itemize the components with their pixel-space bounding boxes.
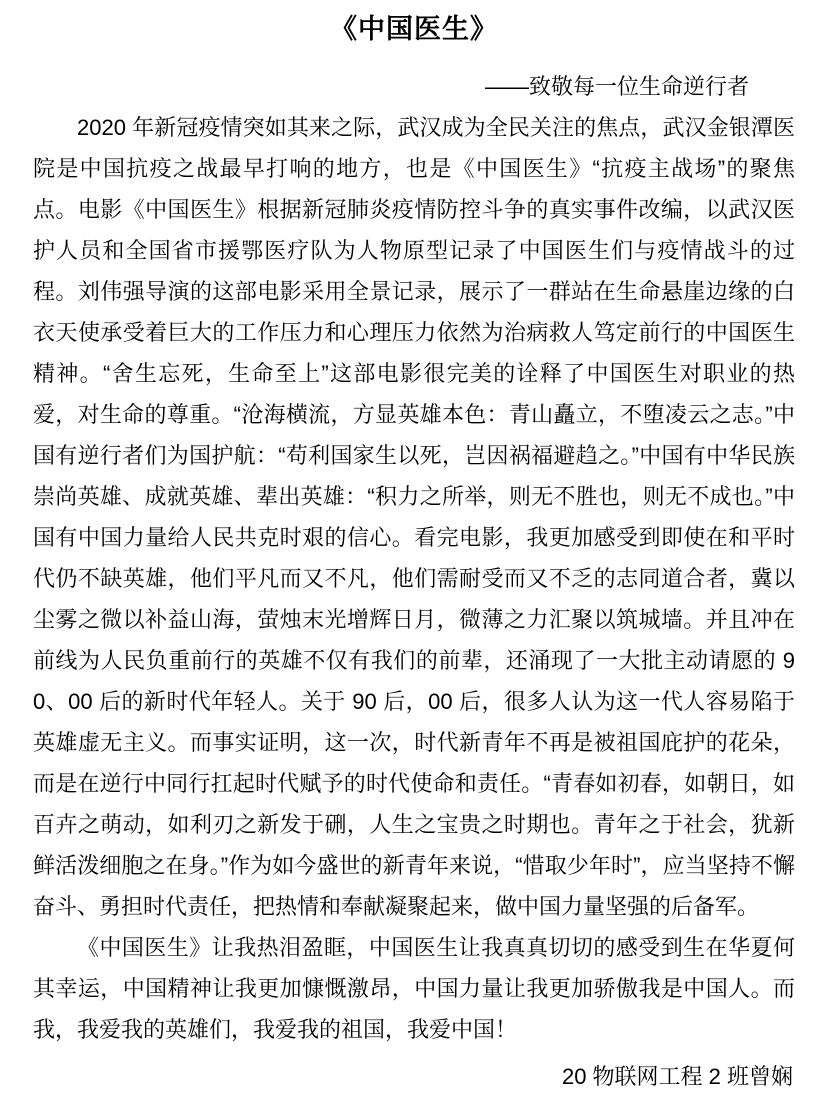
document-page: 《中国医生》 ——致敬每一位生命逆行者 2020 年新冠疫情突如其来之际，武汉成… [0,0,823,1116]
author-signature: 20 物联网工程 2 班曾娴 [33,1056,795,1097]
document-subtitle: ——致敬每一位生命逆行者 [33,66,795,107]
document-title: 《中国医生》 [33,10,795,48]
essay-paragraph-1: 2020 年新冠疫情突如其来之际，武汉成为全民关注的焦点，武汉金银潭医院是中国抗… [33,107,795,927]
essay-paragraph-2: 《中国医生》让我热泪盈眶，中国医生让我真真切切的感受到生在华夏何其幸运，中国精神… [33,927,795,1050]
